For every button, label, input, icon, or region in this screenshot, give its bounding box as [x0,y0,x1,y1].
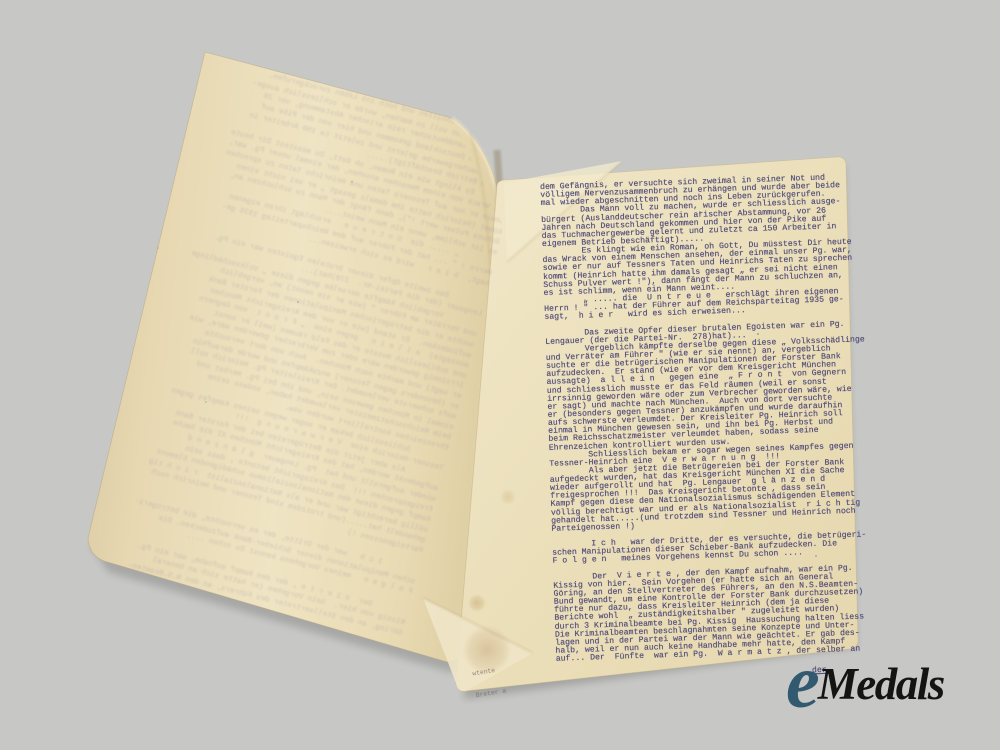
photo-scene: dem Gefängnis, er versuchte sich zweimal… [0,0,1000,750]
stain [500,489,516,505]
left-page-paper [88,52,503,662]
stain [468,594,486,612]
catchword: der. [812,666,832,676]
corner-note-line: Breter a [475,688,506,700]
corner-note-line: wtente [472,666,503,678]
typed-letter-text: dem Gefängnis, er versuchte sich zweimal… [540,173,886,664]
